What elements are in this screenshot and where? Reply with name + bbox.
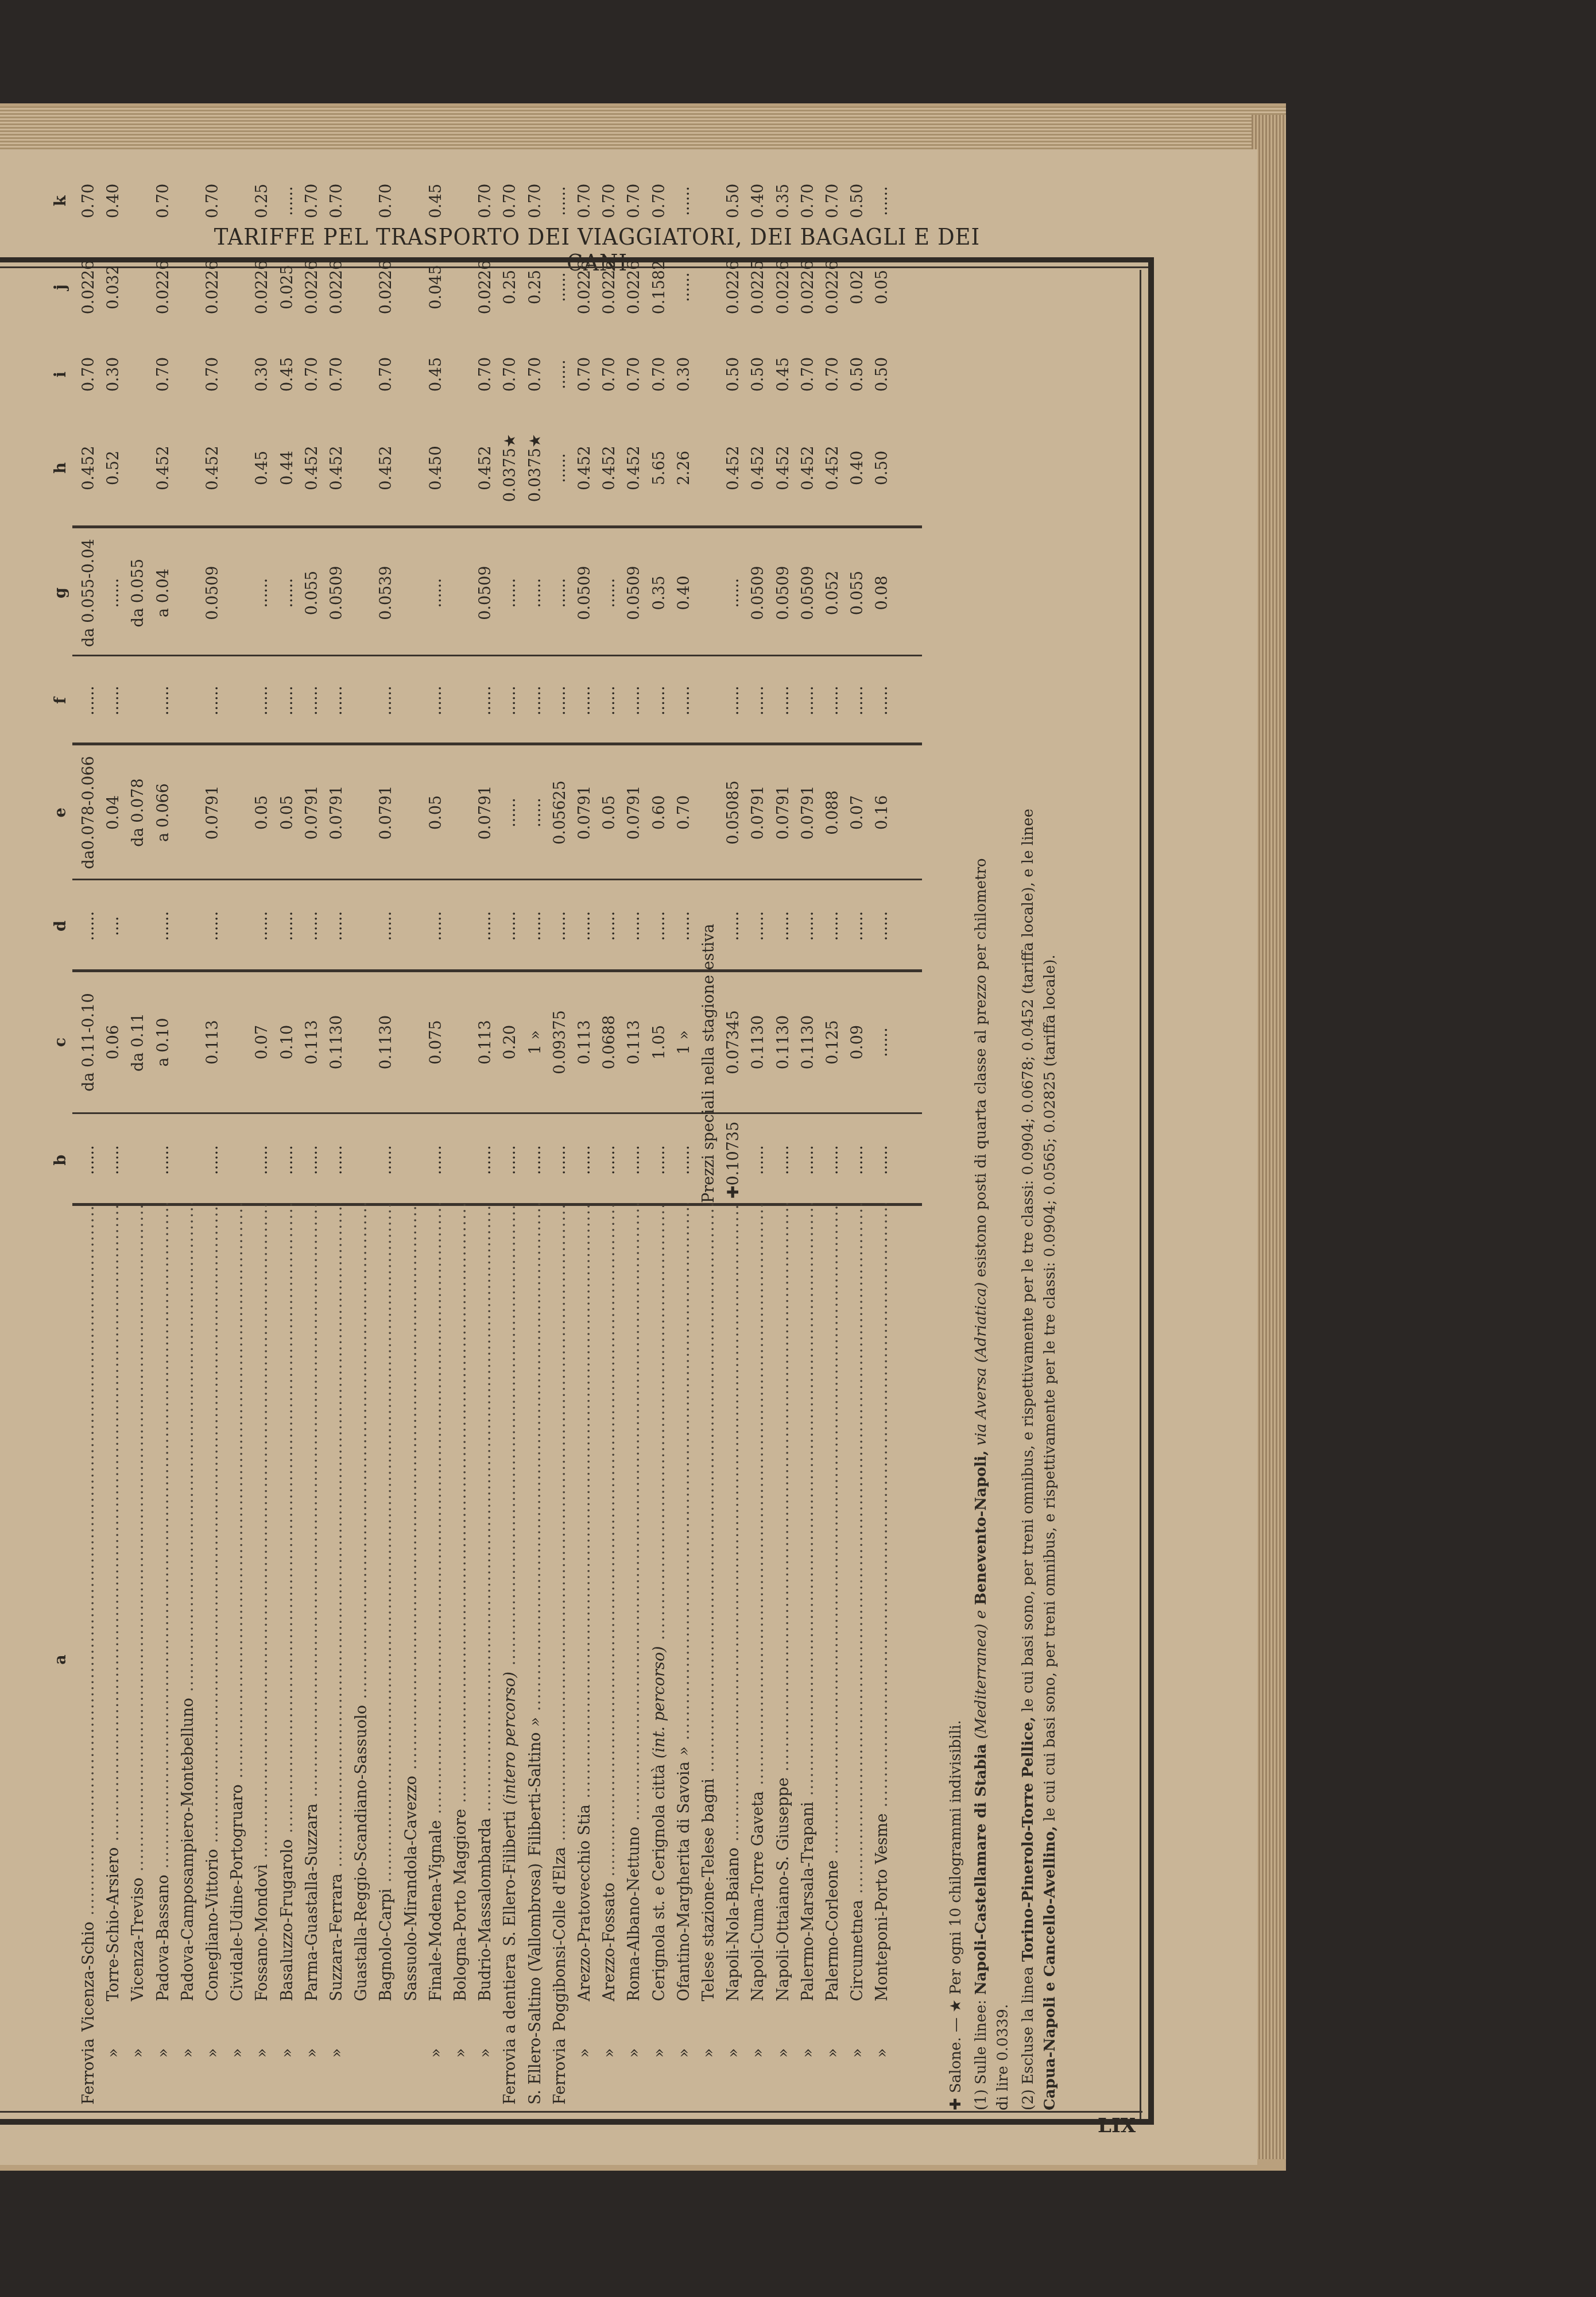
route-name: »Padova-Camposampiero-Montebelluno .....…	[176, 1203, 200, 2110]
col-header-j: j	[52, 235, 75, 339]
cell-f: ......	[474, 658, 498, 744]
cell-b: ......	[524, 1117, 548, 1203]
cell-d	[400, 881, 424, 970]
cell-d: ....	[102, 881, 126, 970]
dot-leader: ........................................…	[625, 1203, 643, 1827]
col-header-d: d	[52, 881, 75, 970]
cell-i: 0.70	[77, 343, 101, 406]
table-row: »Napoli-Ottaiano-S. Giuseppe ...........…	[772, 273, 796, 2110]
route-name: »Palermo-Corleone ......................…	[821, 1203, 845, 2110]
table-row: FerroviaPoggibonsi-Colle d'Elza ........…	[548, 273, 572, 2110]
cell-k	[226, 169, 250, 233]
cell-k: 0.70	[796, 169, 820, 233]
route-label: Arezzo-Pratovecchio Stia	[576, 1804, 594, 2001]
cell-f: ......	[498, 658, 522, 744]
cell-b	[350, 1117, 374, 1203]
cell-f	[350, 658, 374, 744]
frame-rule-bottom	[0, 2119, 1154, 2125]
dot-leader: ........................................…	[551, 1203, 569, 1847]
cell-i: 0.70	[152, 343, 176, 406]
footnote-1: (1) Sulle linee: Napoli-Castellamare di …	[973, 273, 990, 2110]
cell-g: 0.0509	[622, 531, 646, 655]
table-row: »Cerignola st. e Cerignola città(int. pe…	[648, 273, 672, 2110]
cell-d: ......	[152, 881, 176, 970]
route-prefix: »	[424, 2001, 448, 2105]
cell-g	[226, 531, 250, 655]
cell-c: 0.125	[821, 973, 845, 1111]
cell-d	[126, 881, 150, 970]
cell-d: ......	[374, 881, 398, 970]
dot-leader: ........................................…	[477, 1203, 494, 1818]
cell-c: 0.113	[622, 973, 646, 1111]
cell-d: ......	[598, 881, 622, 970]
table-row: »Torre-Schio-Arsiero ...................…	[102, 273, 126, 2110]
cell-e: 0.05	[250, 747, 274, 879]
cell-g: 0.0509	[796, 531, 820, 655]
cell-g: 0.052	[821, 531, 845, 655]
cell-h: ......	[548, 411, 572, 525]
cell-g: ......	[424, 531, 448, 655]
rotated-tariff-table: a b c d e f g h i j k FerroviaVicenza-Sc…	[52, 273, 1131, 2110]
cell-b: ......	[870, 1117, 894, 1203]
cell-c: 0.1130	[796, 973, 820, 1111]
cell-c: a 0.10	[152, 973, 176, 1111]
cell-b	[226, 1117, 250, 1203]
col-header-a: a	[52, 1209, 75, 2110]
cell-k: 0.70	[573, 169, 597, 233]
cell-h: 0.0375★	[498, 411, 522, 525]
route-name: »Napoli-Nola-Baiano ....................…	[722, 1203, 746, 2110]
cell-e: 0.16	[870, 747, 894, 879]
footnote-1-line-b: Benevento-Napoli,	[973, 1451, 990, 1606]
route-label: Bologna-Porto Maggiore	[452, 1809, 470, 2001]
cell-i: 0.45	[276, 343, 300, 406]
dot-leader: ........................................…	[278, 1203, 296, 1839]
cell-k: ......	[548, 169, 572, 233]
frame-rule-right-thin	[1140, 270, 1141, 2119]
route-label: Palermo-Marsala-Trapani	[799, 1802, 817, 2001]
cell-d: ......	[201, 881, 225, 970]
cell-b: ......	[796, 1117, 820, 1203]
cell-e: 0.0791	[474, 747, 498, 879]
dot-leader: ........................................…	[576, 1203, 594, 1804]
route-prefix: »	[474, 2001, 498, 2105]
cell-c: 0.07345	[722, 973, 746, 1111]
footnote-2-text-b: le cui cui basi sono, per treni omnibus,…	[1041, 954, 1059, 1826]
footnote-2-lead: (2) Escluse la linea	[1020, 1962, 1037, 2110]
table-row: »Vicenza-Treviso .......................…	[126, 273, 150, 2110]
route-prefix: »	[449, 2001, 473, 2105]
route-label: Padova-Bassano	[154, 1875, 172, 2001]
cell-k: 0.50	[846, 169, 870, 233]
cell-f: ......	[796, 658, 820, 744]
cell-g: 0.08	[870, 531, 894, 655]
cell-c	[350, 973, 374, 1111]
cell-i: ......	[548, 343, 572, 406]
cell-h	[350, 411, 374, 525]
cell-h	[126, 411, 150, 525]
cell-c	[449, 973, 473, 1111]
cell-f: ......	[672, 658, 696, 744]
cell-g: 0.35	[648, 531, 672, 655]
cell-b: ......	[648, 1117, 672, 1203]
cell-j: 0.0226	[821, 235, 845, 339]
dot-leader: ........................................…	[352, 1203, 370, 1705]
cell-c: 0.06	[102, 973, 126, 1111]
cell-h: 5.65	[648, 411, 672, 525]
cell-k: ......	[276, 169, 300, 233]
table-row: »Padova-Camposampiero-Montebelluno .....…	[176, 273, 200, 2110]
cell-e: da 0.078	[126, 747, 150, 879]
route-prefix: »	[622, 2001, 646, 2105]
cell-h: 0.452	[772, 411, 796, 525]
table-row: »Arezzo-Fossato ........................…	[598, 273, 622, 2110]
col-header-i: i	[52, 343, 75, 406]
cell-h: 0.52	[102, 411, 126, 525]
cell-h: 0.452	[374, 411, 398, 525]
cell-j: 0.0226	[300, 235, 324, 339]
route-label: Conegliano-Vittorio	[204, 1849, 222, 2001]
cell-i: 0.70	[374, 343, 398, 406]
cell-f	[400, 658, 424, 744]
cell-d	[350, 881, 374, 970]
route-label: Napoli-Ottaiano-S. Giuseppe	[774, 1777, 792, 2001]
cell-c: 0.113	[474, 973, 498, 1111]
cell-g: 0.0509	[772, 531, 796, 655]
cell-i: 0.50	[870, 343, 894, 406]
route-name: »Padova-Bassano ........................…	[152, 1203, 176, 2110]
cell-i: 0.45	[424, 343, 448, 406]
route-label: Suzzara-Ferrara	[328, 1873, 346, 2001]
footnote-1-via: via Aversa (Adriatica)	[973, 1282, 990, 1451]
cell-d: ......	[474, 881, 498, 970]
cell-f: ......	[102, 658, 126, 744]
col-header-g: g	[52, 531, 75, 655]
cell-b	[449, 1117, 473, 1203]
cell-j	[176, 235, 200, 339]
cell-b: ......	[276, 1117, 300, 1203]
cell-i: 0.70	[648, 343, 672, 406]
cell-f: ......	[622, 658, 646, 744]
cell-b: ......	[102, 1117, 126, 1203]
route-label: Padova-Camposampiero-Montebelluno	[179, 1698, 197, 2001]
route-prefix: »	[821, 2001, 845, 2105]
cell-e: 0.05625	[548, 747, 572, 879]
cell-d	[176, 881, 200, 970]
cell-e	[226, 747, 250, 879]
cell-h: 0.452	[152, 411, 176, 525]
cell-f: ......	[424, 658, 448, 744]
cell-e: 0.05	[598, 747, 622, 879]
dot-leader: ........................................…	[129, 1203, 147, 1877]
cell-d: ......	[648, 881, 672, 970]
cell-f	[449, 658, 473, 744]
cell-i: 0.70	[524, 343, 548, 406]
cell-h: 0.452	[201, 411, 225, 525]
cell-e: da0.078-0.066	[77, 747, 101, 879]
cell-b: ......	[821, 1117, 845, 1203]
route-label: Roma-Albano-Nettuno	[625, 1827, 643, 2001]
cell-d: ......	[300, 881, 324, 970]
cell-h: 0.452	[746, 411, 770, 525]
cell-d: ......	[870, 881, 894, 970]
table-row: »Napoli-Nola-Baiano ....................…	[722, 273, 746, 2110]
page-number: LIX	[1098, 2114, 1136, 2137]
table-row: »Arezzo-Pratovecchio Stia ..............…	[573, 273, 597, 2110]
cell-e: 0.088	[821, 747, 845, 879]
cell-h: 0.450	[424, 411, 448, 525]
cell-e: ......	[524, 747, 548, 879]
dot-leader: ........................................…	[700, 1203, 718, 1778]
route-label: Cividale-Udine-Portogruaro	[228, 1784, 246, 2001]
cell-c: 1 »	[672, 973, 696, 1111]
cell-i: 0.70	[821, 343, 845, 406]
route-name: »Fossano-Mondovì .......................…	[250, 1203, 274, 2110]
cell-c: 1 »	[524, 973, 548, 1111]
cell-g: ......	[250, 531, 274, 655]
cell-i: 0.70	[622, 343, 646, 406]
cell-g: da 0.055-0.04	[77, 531, 101, 655]
route-name: »Finale-Modena-Vignale .................…	[424, 1203, 448, 2110]
dot-leader: ........................................…	[228, 1203, 246, 1784]
cell-c	[226, 973, 250, 1111]
route-prefix: Ferrovia	[80, 2039, 98, 2105]
route-prefix: »	[722, 2001, 746, 2105]
cell-i: 0.70	[300, 343, 324, 406]
table-row: »Cividale-Udine-Portogruaro ............…	[226, 273, 250, 2110]
col-header-c: c	[52, 973, 75, 1111]
cell-i	[126, 343, 150, 406]
cell-i	[449, 343, 473, 406]
cell-b: ......	[548, 1117, 572, 1203]
table-row: »Fossano-Mondovì .......................…	[250, 273, 274, 2110]
cell-k: 0.40	[746, 169, 770, 233]
cell-b	[126, 1117, 150, 1203]
cell-c: 0.1130	[746, 973, 770, 1111]
dot-leader: ........................................…	[725, 1203, 742, 1847]
cell-d: ......	[548, 881, 572, 970]
route-name: »Budrio-Massalombarda ..................…	[474, 1203, 498, 2110]
cell-f: ......	[821, 658, 845, 744]
cell-i: 0.70	[573, 343, 597, 406]
table-row: »Conegliano-Vittorio ...................…	[201, 273, 225, 2110]
dot-leader: ........................................…	[402, 1203, 420, 1776]
cell-j: 0.0226	[152, 235, 176, 339]
cell-c: 0.113	[201, 973, 225, 1111]
route-label: Parma-Guastalla-Suzzara	[303, 1803, 321, 2001]
cell-j: 0.0226	[573, 235, 597, 339]
cell-j: 0.0225	[746, 235, 770, 339]
cell-c: 0.09375	[548, 973, 572, 1111]
cell-e: 0.0791	[772, 747, 796, 879]
cell-g: a 0.04	[152, 531, 176, 655]
dot-leader: ........................................…	[253, 1203, 271, 1864]
cell-g	[176, 531, 200, 655]
cell-i	[226, 343, 250, 406]
cell-d	[449, 881, 473, 970]
cell-e: 0.0791	[796, 747, 820, 879]
cell-j: 0.0226	[622, 235, 646, 339]
cell-d: ......	[524, 881, 548, 970]
cell-b	[400, 1117, 424, 1203]
route-prefix: »	[300, 2001, 324, 2105]
cell-k: ......	[672, 169, 696, 233]
cell-b: ......	[772, 1117, 796, 1203]
cell-f: ......	[201, 658, 225, 744]
route-name: Ferrovia a dentieraS. Ellero-Filiberti(i…	[498, 1203, 522, 2110]
route-label: Vicenza-Schio	[80, 1921, 98, 2032]
route-name: »Monteponi-Porto Vesme .................…	[870, 1203, 894, 2110]
cell-j: 0.0226	[722, 235, 746, 339]
cell-h: 0.50	[870, 411, 894, 525]
cell-f: ......	[722, 658, 746, 744]
cell-g: ......	[102, 531, 126, 655]
footnote-2: (2) Escluse la linea Torino-Pinerolo-Tor…	[1020, 273, 1037, 2110]
cell-d: ......	[622, 881, 646, 970]
dot-leader: ........................................…	[377, 1203, 395, 1889]
table-row: »Suzzara-Ferrara .......................…	[325, 273, 349, 2110]
cell-f	[126, 658, 150, 744]
cell-j: 0.0226	[374, 235, 398, 339]
dot-leader: ........................................…	[179, 1203, 197, 1698]
cell-j	[400, 235, 424, 339]
cell-h: 0.452	[573, 411, 597, 525]
table-row: Guastalla-Reggio-Scandiano-Sassuolo ....…	[350, 273, 374, 2110]
cell-f: ......	[152, 658, 176, 744]
route-prefix: »	[201, 2001, 225, 2105]
cell-i: 0.50	[746, 343, 770, 406]
cell-d: ......	[846, 881, 870, 970]
cell-i	[350, 343, 374, 406]
cell-c: da 0.11	[126, 973, 150, 1111]
route-name: »Arezzo-Pratovecchio Stia ..............…	[573, 1203, 597, 2110]
col-header-b: b	[52, 1117, 75, 1203]
cell-k: 0.70	[648, 169, 672, 233]
cell-i: 0.70	[201, 343, 225, 406]
cell-f	[176, 658, 200, 744]
table-row: »Monteponi-Porto Vesme .................…	[870, 273, 894, 2110]
col-header-k: k	[52, 169, 75, 233]
cell-e: 0.05085	[722, 747, 746, 879]
cell-g: 0.40	[672, 531, 696, 655]
cell-k: 0.70	[201, 169, 225, 233]
cell-k: 0.25	[250, 169, 274, 233]
cell-f: ......	[598, 658, 622, 744]
cell-j: 0.1582	[648, 235, 672, 339]
table-row: »Budrio-Massalombarda ..................…	[474, 273, 498, 2110]
route-name: Sassuolo-Mirandola-Cavezzo .............…	[400, 1203, 424, 2110]
cell-c	[176, 973, 200, 1111]
table-row: »Roma-Albano-Nettuno ...................…	[622, 273, 646, 2110]
cell-f: ......	[746, 658, 770, 744]
cell-d: ......	[821, 881, 845, 970]
route-name: »Ofantino-Margherita di Savoia» ........…	[672, 1203, 696, 2110]
cell-g	[400, 531, 424, 655]
cell-e: 0.0791	[573, 747, 597, 879]
cell-j: ......	[548, 235, 572, 339]
cell-c: 0.1130	[374, 973, 398, 1111]
route-label: Monteponi-Porto Vesme	[873, 1813, 891, 2001]
cell-b: ......	[250, 1117, 274, 1203]
col-header-e: e	[52, 747, 75, 879]
route-name: »Vicenza-Treviso .......................…	[126, 1203, 150, 2110]
cell-i: 0.50	[846, 343, 870, 406]
cell-j: 0.0226	[474, 235, 498, 339]
route-name: »Palermo-Marsala-Trapani ...............…	[796, 1203, 820, 2110]
cell-k: 0.70	[524, 169, 548, 233]
col-header-f: f	[52, 658, 75, 744]
cell-f: ......	[870, 658, 894, 744]
cell-k: 0.70	[498, 169, 522, 233]
cell-f: ......	[524, 658, 548, 744]
cell-f: ......	[77, 658, 101, 744]
table-row: »Napoli-Cuma-Torre Gaveta ..............…	[746, 273, 770, 2110]
route-label: Poggibonsi-Colle d'Elza	[551, 1847, 569, 2032]
table-row: »Finale-Modena-Vignale .................…	[424, 273, 448, 2110]
footnote-2-text: le cui basi sono, per treni omnibus, e r…	[1020, 809, 1037, 1716]
cell-g	[350, 531, 374, 655]
dot-leader: ........................................…	[526, 1203, 544, 1717]
route-name: »Parma-Guastalla-Suzzara ...............…	[300, 1203, 324, 2110]
route-label: Sassuolo-Mirandola-Cavezzo	[402, 1776, 420, 2001]
table-row: »Parma-Guastalla-Suzzara ...............…	[300, 273, 324, 2110]
footnote-2-cont: Capua-Napoli e Cancello-Avellino, le cui…	[1041, 273, 1059, 2110]
cell-i: 0.70	[474, 343, 498, 406]
cell-h	[226, 411, 250, 525]
cell-b: ......	[77, 1117, 101, 1203]
cell-b: ......	[746, 1117, 770, 1203]
cell-g: 0.0509	[573, 531, 597, 655]
route-name: »Torre-Schio-Arsiero ...................…	[102, 1203, 126, 2110]
cell-e: 0.70	[672, 747, 696, 879]
cell-d: ......	[498, 881, 522, 970]
cell-g: ......	[548, 531, 572, 655]
route-label: Ofantino-Margherita di Savoia	[675, 1761, 693, 2001]
cell-e: 0.0791	[374, 747, 398, 879]
footnote-1-lead: (1) Sulle linee:	[973, 1995, 990, 2110]
cell-b: ......	[201, 1117, 225, 1203]
cell-k: 0.70	[152, 169, 176, 233]
cell-j	[226, 235, 250, 339]
route-prefix: »	[598, 2001, 622, 2105]
dot-leader: ........................................…	[650, 1203, 668, 1646]
route-name: »Cividale-Udine-Portogruaro ............…	[226, 1203, 250, 2110]
cell-d: ......	[573, 881, 597, 970]
cell-f: ......	[573, 658, 597, 744]
route-label: Finale-Modena-Vignale	[427, 1820, 445, 2001]
cell-j: 0.0226	[772, 235, 796, 339]
route-label: Basaluzzo-Frugarolo	[278, 1839, 296, 2001]
cell-c: 1.05	[648, 973, 672, 1111]
cell-g: 0.055	[846, 531, 870, 655]
cell-b: ......	[622, 1117, 646, 1203]
frame-rule-right	[1148, 257, 1154, 2124]
cell-j: 0.0226	[598, 235, 622, 339]
route-label: Vicenza-Treviso	[129, 1877, 147, 2001]
dot-leader: ........................................…	[303, 1203, 321, 1803]
route-prefix: »	[672, 2001, 696, 2105]
cell-c	[400, 973, 424, 1111]
cell-i: 0.70	[598, 343, 622, 406]
route-label: Torre-Schio-Arsiero	[104, 1847, 122, 2001]
cell-b: ......	[424, 1117, 448, 1203]
route-name: S. Ellero-Saltino (Vallombrosa)Filiberti…	[524, 1203, 548, 2110]
dot-leader: ........................................…	[873, 1203, 891, 1813]
cell-e: 0.07	[846, 747, 870, 879]
cell-e: 0.0791	[746, 747, 770, 879]
cell-h: 0.452	[821, 411, 845, 525]
cell-c: 0.113	[300, 973, 324, 1111]
